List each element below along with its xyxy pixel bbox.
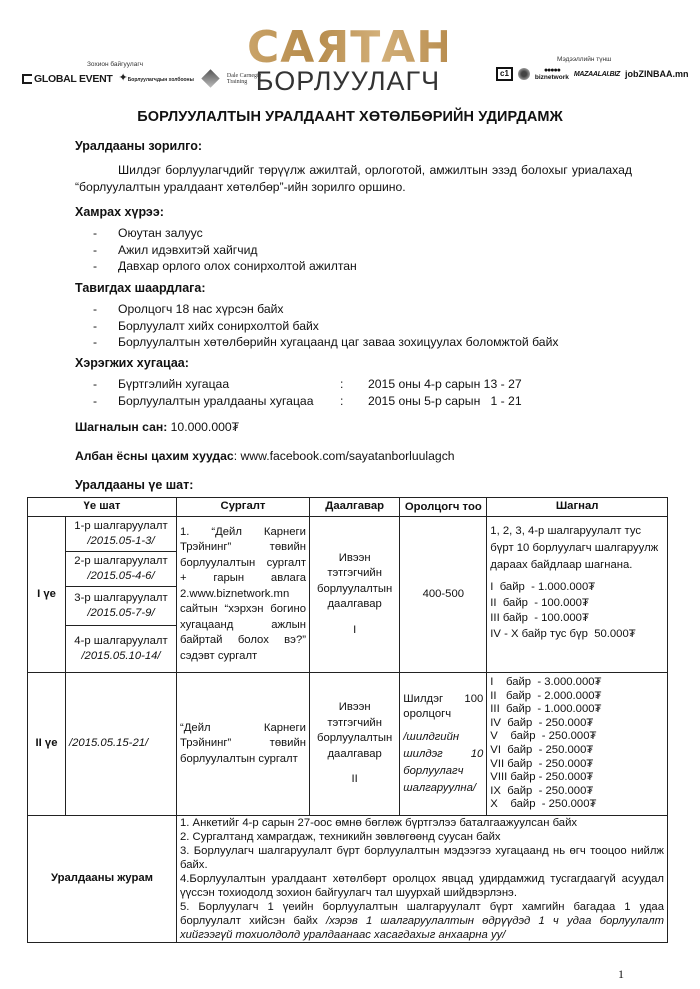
timeline-heading: Хэрэгжих хугацаа: [75,356,189,370]
list-item: -Борлуулалтын хөтөлбөрийн хугацаанд цаг … [93,334,559,351]
prize-item: IV байр - 250.000₮ [490,717,664,731]
business-radio-logo [518,68,530,80]
list-item: -Борлуулалтын уралдааны хугацаа:2015 оны… [93,393,522,410]
global-event-icon [22,74,32,84]
prize-item: V байр - 250.000₮ [490,730,664,744]
biznetwork-logo: ●●●●● biznetwork [535,68,569,81]
prize-item: IX байр - 250.000₮ [490,785,664,799]
prize-item: I байр - 3.000.000₮ [490,676,664,690]
round-1: 1-р шалгаруулалт /2015.05-1-3/ [66,517,177,552]
organizer-logos: GLOBAL EVENT ✦Борлуулагчдын холбооны Dal… [22,72,267,85]
prize-item: III байр - 100.000₮ [490,611,664,627]
round-4: 4-р шалгаруулалт /2015.05.10-14/ [66,626,177,673]
stage-2-training: “Дейл Карнеги Трэйнинг” төвийн борлуулал… [177,673,310,816]
prize-item: VIII байр - 250.000₮ [490,771,664,785]
round-3: 3-р шалгаруулалт /2015.05-7-9/ [66,587,177,626]
list-item: -Борлуулалт хийх сонирхолтой байх [93,318,559,335]
table-row: Уралдааны журам 1. Анкетийг 4-р сарын 27… [28,816,668,943]
sales-federation-logo: ✦Борлуулагчдын холбооны [118,75,193,83]
prize-item: I байр - 1.000.000₮ [490,580,664,596]
prize-item: IV - X байр тус бүр 50.000₮ [490,627,664,643]
timeline-list: -Бүртгэлийн хугацаа:2015 оны 4-р сарын 1… [93,376,522,409]
prize-item: II байр - 100.000₮ [490,596,664,612]
requirements-list: -Оролцогч 18 нас хүрсэн байх -Борлуулалт… [93,301,559,351]
rule-item: 4.Борлуулалтын уралдаант хөтөлбөрт оролц… [180,872,664,900]
table-row: II үе /2015.05.15-21/ “Дейл Карнеги Трэй… [28,673,668,816]
list-item: -Ажил идэвхитэй хайгчид [93,242,357,259]
requirements-heading: Тавигдах шаардлага: [75,281,205,295]
stage-2-prizes: I байр - 3.000.000₮ II байр - 2.000.000₮… [487,673,668,816]
header-training: Сургалт [177,498,310,517]
list-item: -Бүртгэлийн хугацаа:2015 оны 4-р сарын 1… [93,376,522,393]
rules-label: Уралдааны журам [28,816,177,943]
list-item: -Давхар орлого олох сонирхолтой ажилтан [93,258,357,275]
goal-heading: Уралдааны зорилго: [75,139,202,153]
mazaalai-logo: MAZAALAI.BIZ [574,71,620,78]
partner-label: Мэдээллийн түнш [557,56,611,63]
header-participants: Оролцогч тоо [400,498,487,517]
list-item: -Оюутан залуус [93,225,357,242]
organizer-label: Зохион байгуулагч [87,61,143,68]
header-prize: Шагнал [487,498,668,517]
stage-2-date: /2015.05.15-21/ [66,673,177,816]
stages-table: Үе шат Сургалт Даалгавар Оролцогч тоо Ша… [27,497,668,943]
round-2: 2-р шалгаруулалт /2015.05-4-6/ [66,552,177,587]
rules-list: 1. Анкетийг 4-р сарын 27-оос өмнө бөглөж… [177,816,668,943]
brand-title: САЯТАН [247,28,447,68]
scope-list: -Оюутан залуус -Ажил идэвхитэй хайгчид -… [93,225,357,275]
rule-item: 3. Борлуулагч шалгаруулалт бүрт борлуула… [180,844,664,872]
prize-item: II байр - 2.000.000₮ [490,690,664,704]
official-website: Албан ёсны цахим хуудас: www.facebook.co… [75,449,455,463]
header-task: Даалгавар [310,498,400,517]
list-item: -Оролцогч 18 нас хүрсэн байх [93,301,559,318]
global-event-logo: GLOBAL EVENT [22,73,112,85]
stage-2-label: II үе [28,673,66,816]
stage-2-participants: Шилдэг 100 оролцогч /шилдгийн шилдэг 10 … [400,673,487,816]
stages-heading: Уралдааны үе шат: [75,478,193,492]
page-number: 1 [618,967,624,982]
document-title: БОРЛУУЛАЛТЫН УРАЛДААНТ ХӨТӨЛБӨРИЙН УДИРД… [0,109,700,125]
website-link[interactable]: : www.facebook.com/sayatanborluulagch [234,449,455,463]
table-row: I үе 1-р шалгаруулалт /2015.05-1-3/ 1. “… [28,517,668,552]
stage-1-participants: 400-500 [400,517,487,673]
scope-heading: Хамрах хүрээ: [75,205,164,219]
rule-item: 5. Борлуулагч 1 үеийн борлуулалтын шалга… [180,900,664,942]
jobzinbaa-logo: jobZINBAA.mn [625,69,689,79]
brand-subtitle: БОРЛУУЛАГЧ [250,67,446,95]
stage-1-task: Ивээн тэтгэгчийн борлуулалтын даалгавар … [310,517,400,673]
prize-item: VII байр - 250.000₮ [490,758,664,772]
stage-1-label: I үе [28,517,66,673]
stage-1-training: 1. “Дейл Карнеги Трэйнинг” төвийн борлуу… [177,517,310,673]
c1-logo: c1 [496,67,513,81]
prize-item: III байр - 1.000.000₮ [490,703,664,717]
table-header-row: Үе шат Сургалт Даалгавар Оролцогч тоо Ша… [28,498,668,517]
prize-item: VI байр - 250.000₮ [490,744,664,758]
stage-2-task: Ивээн тэтгэгчийн борлуулалтын даалгавар … [310,673,400,816]
rule-item: 1. Анкетийг 4-р сарын 27-оос өмнө бөглөж… [180,816,664,830]
goal-paragraph: Шилдэг борлуулагчдийг төрүүлж ажилтай, о… [75,162,632,196]
dale-carnegie-icon [201,69,219,87]
prize-item: X байр - 250.000₮ [490,798,664,812]
header-stage: Үе шат [28,498,177,517]
prize-fund: Шагналын сан: 10.000.000₮ [75,420,239,434]
stage-1-prizes: 1, 2, 3, 4-р шалгаруулалт тус бүрт 10 бо… [487,517,668,673]
rule-item: 2. Сургалтанд хамрагдаж, техникийн зөвлө… [180,830,664,844]
partner-logos: c1 ●●●●● biznetwork MAZAALAI.BIZ jobZINB… [496,67,689,81]
